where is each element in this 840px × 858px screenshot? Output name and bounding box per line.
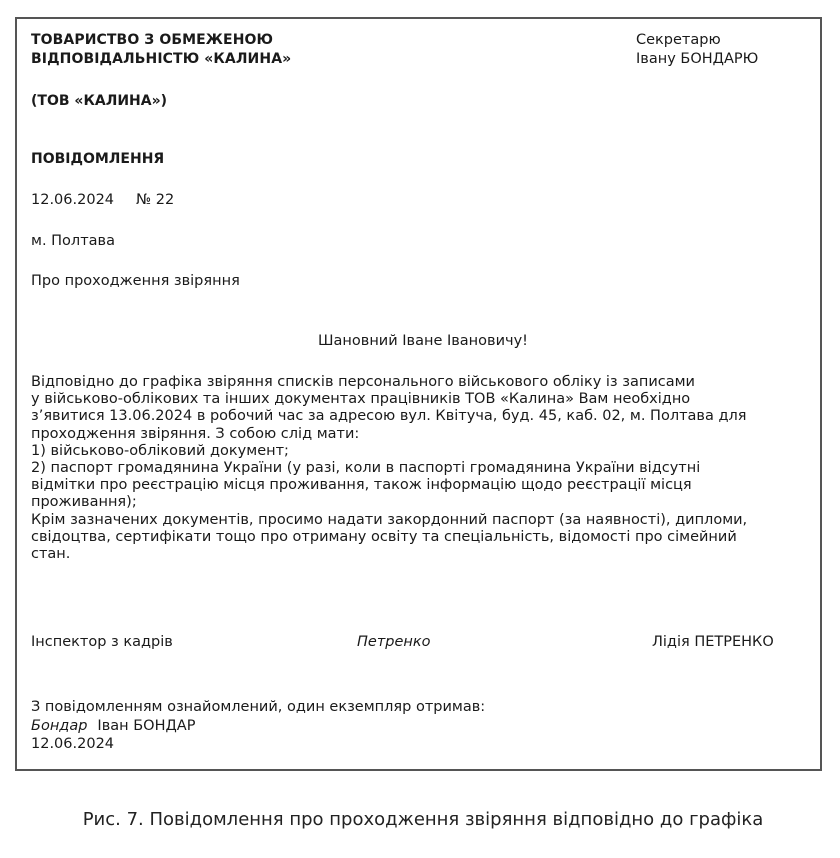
body-line: 1) військово-обліковий документ; (31, 443, 801, 460)
acknowledgement-name: Іван БОНДАР (97, 718, 195, 734)
acknowledgement: З повідомленням ознайомлений, один екзем… (31, 698, 485, 754)
organization-line: ВІДПОВІДАЛЬНІСТЮ «КАЛИНА» (31, 50, 291, 69)
acknowledgement-date: 12.06.2024 (31, 735, 485, 754)
organization-short-name: (ТОВ «КАЛИНА») (31, 93, 167, 109)
body-line: Крім зазначених документів, просимо нада… (31, 512, 801, 529)
document-date: 12.06.2024 (31, 192, 114, 208)
signer-signature: Петренко (357, 634, 431, 650)
document-subject: Про проходження звіряння (31, 273, 240, 289)
body-line: проживання); (31, 494, 801, 511)
body-line: свідоцтва, сертифікати тощо про отриману… (31, 529, 801, 546)
body-line: Відповідно до графіка звіряння списків п… (31, 374, 801, 391)
addressee-line: Івану БОНДАРЮ (636, 50, 758, 69)
date-number-line: 12.06.2024№ 22 (31, 192, 174, 208)
acknowledgement-signature: Бондар (31, 718, 87, 734)
body-line: з’явитися 13.06.2024 в робочий час за ад… (31, 408, 801, 425)
body-line: проходження звіряння. З собою слід мати: (31, 426, 801, 443)
acknowledgement-text: З повідомленням ознайомлений, один екзем… (31, 698, 485, 717)
organization-line: ТОВАРИСТВО З ОБМЕЖЕНОЮ (31, 31, 291, 50)
acknowledgement-signer: БондарІван БОНДАР (31, 717, 485, 736)
body-line: стан. (31, 546, 801, 563)
greeting: Шановний Іване Івановичу! (0, 333, 840, 349)
body-text: Відповідно до графіка звіряння списків п… (31, 374, 801, 563)
document-type: ПОВІДОМЛЕННЯ (31, 151, 164, 167)
body-line: у військово-облікових та інших документа… (31, 391, 801, 408)
body-line: відмітки про реєстрацію місця проживання… (31, 477, 801, 494)
organization-name: ТОВАРИСТВО З ОБМЕЖЕНОЮ ВІДПОВІДАЛЬНІСТЮ … (31, 31, 291, 69)
signer-name: Лідія ПЕТРЕНКО (652, 634, 774, 650)
document-number: № 22 (136, 192, 174, 208)
document-place: м. Полтава (31, 233, 115, 249)
addressee: Секретарю Івану БОНДАРЮ (636, 31, 758, 69)
signer-position: Інспектор з кадрів (31, 634, 173, 650)
addressee-line: Секретарю (636, 31, 758, 50)
body-line: 2) паспорт громадянина України (у разі, … (31, 460, 801, 477)
figure-caption: Рис. 7. Повідомлення про проходження зві… (0, 809, 840, 830)
